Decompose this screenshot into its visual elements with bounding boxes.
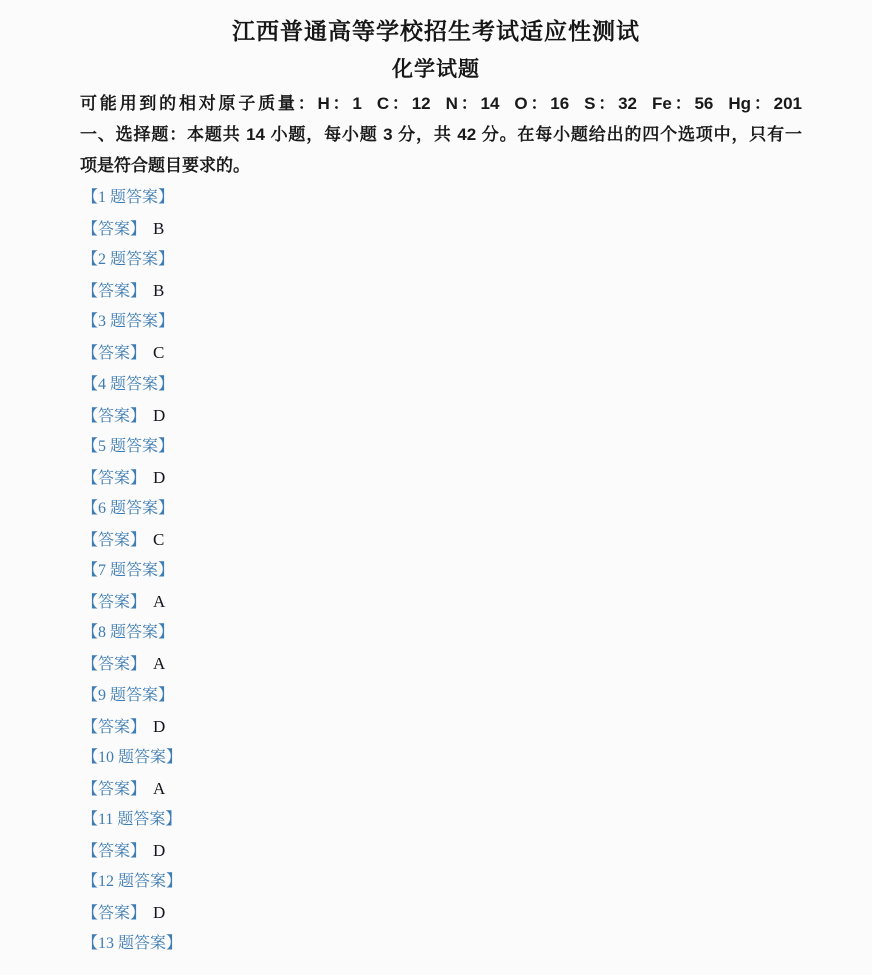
answer-label-link[interactable]: 【答案】 (82, 345, 146, 362)
question-answer-link[interactable]: 【12 题答案】 (82, 866, 802, 897)
answer-line: 【答案】A (82, 648, 802, 679)
question-answer-link[interactable]: 【6 题答案】 (82, 493, 802, 524)
answer-value: D (153, 406, 165, 425)
document-subtitle: 化学试题 (0, 53, 872, 83)
answer-line: 【答案】A (82, 586, 802, 617)
answer-value: C (153, 530, 164, 549)
question-answer-link[interactable]: 【1 题答案】 (82, 182, 802, 213)
answer-line: 【答案】A (82, 773, 802, 804)
answer-line: 【答案】D (82, 835, 802, 866)
question-answer-link[interactable]: 【5 题答案】 (82, 431, 802, 462)
answer-value: A (153, 779, 165, 798)
question-answer-link[interactable]: 【11 题答案】 (82, 804, 802, 835)
answer-label-link[interactable]: 【答案】 (82, 781, 146, 798)
answer-label-link[interactable]: 【答案】 (82, 408, 146, 425)
answer-label-link[interactable]: 【答案】 (82, 283, 146, 300)
section-instruction-line-1: 一、选择题：本题共 14 小题，每小题 3 分，共 42 分。在每小题给出的四个… (80, 119, 802, 150)
question-answer-link[interactable]: 【2 题答案】 (82, 244, 802, 275)
intro-block: 可能用到的相对原子质量：H：1 C：12 N：14 O：16 S：32 Fe：5… (80, 88, 802, 181)
answer-line: 【答案】D (82, 400, 802, 431)
answer-value: D (153, 841, 165, 860)
answer-label-link[interactable]: 【答案】 (82, 594, 146, 611)
answer-label-link[interactable]: 【答案】 (82, 719, 146, 736)
answer-line: 【答案】D (82, 711, 802, 742)
answer-label-link[interactable]: 【答案】 (82, 905, 146, 922)
answer-label-link[interactable]: 【答案】 (82, 656, 146, 673)
question-answer-link[interactable]: 【7 题答案】 (82, 555, 802, 586)
answer-line: 【答案】D (82, 897, 802, 928)
answer-label-link[interactable]: 【答案】 (82, 843, 146, 860)
question-answer-link[interactable]: 【9 题答案】 (82, 680, 802, 711)
answer-list: 【1 题答案】【答案】B【2 题答案】【答案】B【3 题答案】【答案】C【4 题… (82, 182, 802, 959)
answer-label-link[interactable]: 【答案】 (82, 532, 146, 549)
answer-label-link[interactable]: 【答案】 (82, 470, 146, 487)
answer-value: D (153, 903, 165, 922)
answer-value: B (153, 219, 164, 238)
answer-label-link[interactable]: 【答案】 (82, 221, 146, 238)
answer-line: 【答案】C (82, 524, 802, 555)
answer-value: C (153, 343, 164, 362)
answer-value: B (153, 281, 164, 300)
answer-value: D (153, 717, 165, 736)
question-answer-link[interactable]: 【4 题答案】 (82, 369, 802, 400)
document-title: 江西普通高等学校招生考试适应性测试 (0, 13, 872, 46)
question-answer-link[interactable]: 【8 题答案】 (82, 617, 802, 648)
atomic-mass-note: 可能用到的相对原子质量：H：1 C：12 N：14 O：16 S：32 Fe：5… (80, 88, 802, 119)
section-instruction-line-2: 项是符合题目要求的。 (80, 150, 802, 181)
question-answer-link[interactable]: 【13 题答案】 (82, 928, 802, 959)
answer-line: 【答案】B (82, 275, 802, 306)
question-answer-link[interactable]: 【10 题答案】 (82, 742, 802, 773)
answer-value: D (153, 468, 165, 487)
answer-value: A (153, 654, 165, 673)
document-page: 江西普通高等学校招生考试适应性测试 化学试题 可能用到的相对原子质量：H：1 C… (0, 0, 872, 975)
answer-line: 【答案】B (82, 213, 802, 244)
answer-value: A (153, 592, 165, 611)
answer-line: 【答案】C (82, 337, 802, 368)
question-answer-link[interactable]: 【3 题答案】 (82, 306, 802, 337)
answer-line: 【答案】D (82, 462, 802, 493)
